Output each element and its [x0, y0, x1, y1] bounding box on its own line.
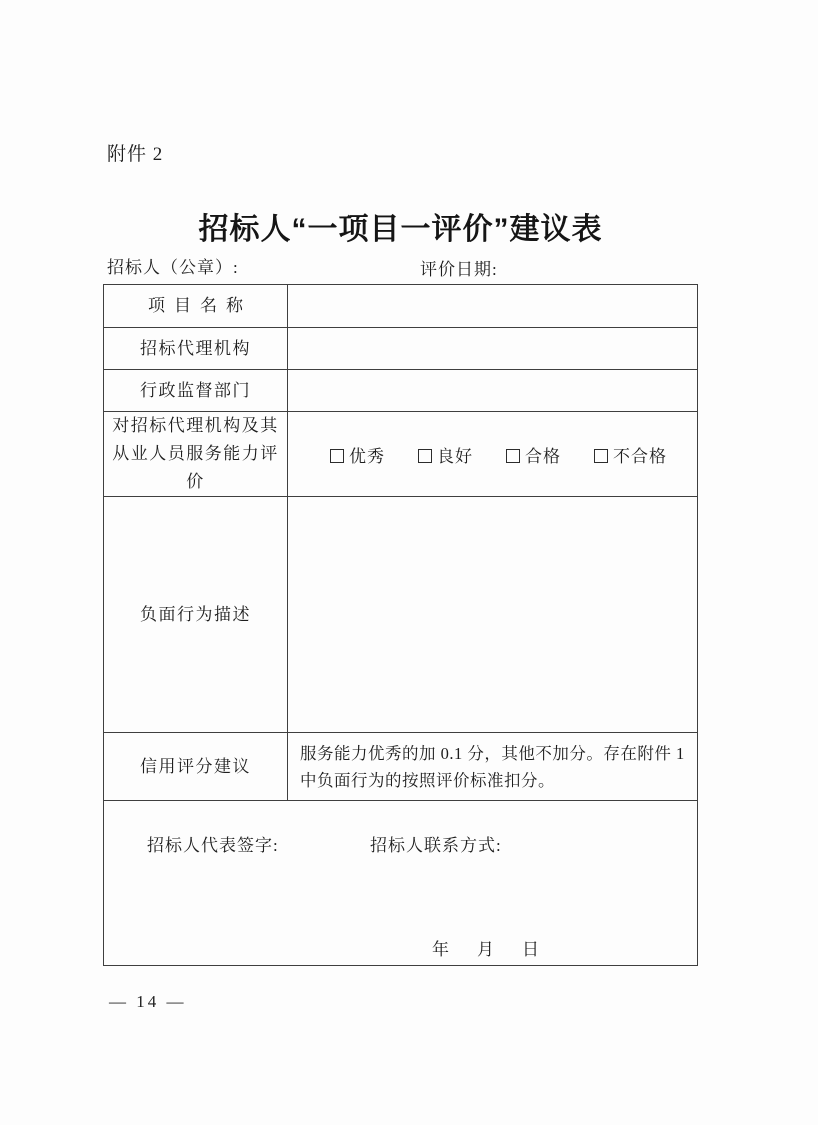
tendering-agency-value-cell: [288, 328, 698, 370]
rating-option-excellent: 优秀: [330, 442, 385, 467]
date-month-label: 月: [477, 935, 494, 960]
tendering-agency-label: 招标代理机构: [104, 328, 288, 370]
negative-behavior-value-cell: [288, 497, 698, 733]
page-title: 招标人“一项目一评价”建议表: [103, 204, 698, 248]
rating-option-qualified: 合格: [506, 442, 561, 467]
tenderer-contact-label: 招标人联系方式:: [370, 831, 502, 856]
rating-option-label: 良好: [437, 447, 473, 466]
tenderer-seal-label: 招标人（公章）:: [107, 253, 239, 278]
page-number: — 14 —: [109, 992, 187, 1012]
credit-score-suggestion-label: 信用评分建议: [104, 733, 288, 801]
negative-behavior-label: 负面行为描述: [104, 497, 288, 733]
rating-option-label: 不合格: [613, 447, 667, 466]
rating-option-good: 良好: [418, 442, 473, 467]
project-name-value-cell: [288, 285, 698, 328]
admin-supervision-dept-label: 行政监督部门: [104, 370, 288, 412]
table-row: 项目名称: [104, 285, 698, 328]
service-capability-options-cell: 优秀 良好 合格 不合格: [288, 412, 698, 497]
date-line: 年 月 日: [432, 935, 539, 960]
rating-option-unqualified: 不合格: [594, 442, 667, 467]
date-year-label: 年: [432, 935, 449, 960]
rating-option-label: 合格: [525, 447, 561, 466]
attachment-label: 附件 2: [107, 139, 163, 166]
rating-option-label: 优秀: [349, 447, 385, 466]
table-row: 招标人代表签字: 招标人联系方式: 年 月 日: [104, 801, 698, 966]
evaluation-form-table: 项目名称 招标代理机构 行政监督部门 对招标代理机构及其从业人员服务能力评价 优…: [103, 284, 698, 966]
table-row: 招标代理机构: [104, 328, 698, 370]
checkbox-unchecked-icon: [594, 449, 608, 463]
table-row: 对招标代理机构及其从业人员服务能力评价 优秀 良好 合格 不合格: [104, 412, 698, 497]
checkbox-unchecked-icon: [506, 449, 520, 463]
table-row: 行政监督部门: [104, 370, 698, 412]
document-page: 附件 2 招标人“一项目一评价”建议表 招标人（公章）: 评价日期: 项目名称 …: [0, 0, 818, 1125]
credit-score-suggestion-text: 服务能力优秀的加 0.1 分，其他不加分。存在附件 1 中负面行为的按照评价标准…: [288, 733, 698, 801]
signature-cell: 招标人代表签字: 招标人联系方式: 年 月 日: [104, 801, 698, 966]
date-day-label: 日: [522, 935, 539, 960]
admin-supervision-dept-value-cell: [288, 370, 698, 412]
checkbox-unchecked-icon: [418, 449, 432, 463]
rating-options: 优秀 良好 合格 不合格: [288, 442, 697, 467]
table-row: 负面行为描述: [104, 497, 698, 733]
table-row: 信用评分建议 服务能力优秀的加 0.1 分，其他不加分。存在附件 1 中负面行为…: [104, 733, 698, 801]
service-capability-eval-label: 对招标代理机构及其从业人员服务能力评价: [104, 412, 288, 497]
checkbox-unchecked-icon: [330, 449, 344, 463]
project-name-label: 项目名称: [104, 285, 288, 328]
evaluation-date-label: 评价日期:: [420, 255, 498, 280]
tenderer-representative-signature-label: 招标人代表签字:: [147, 831, 279, 856]
